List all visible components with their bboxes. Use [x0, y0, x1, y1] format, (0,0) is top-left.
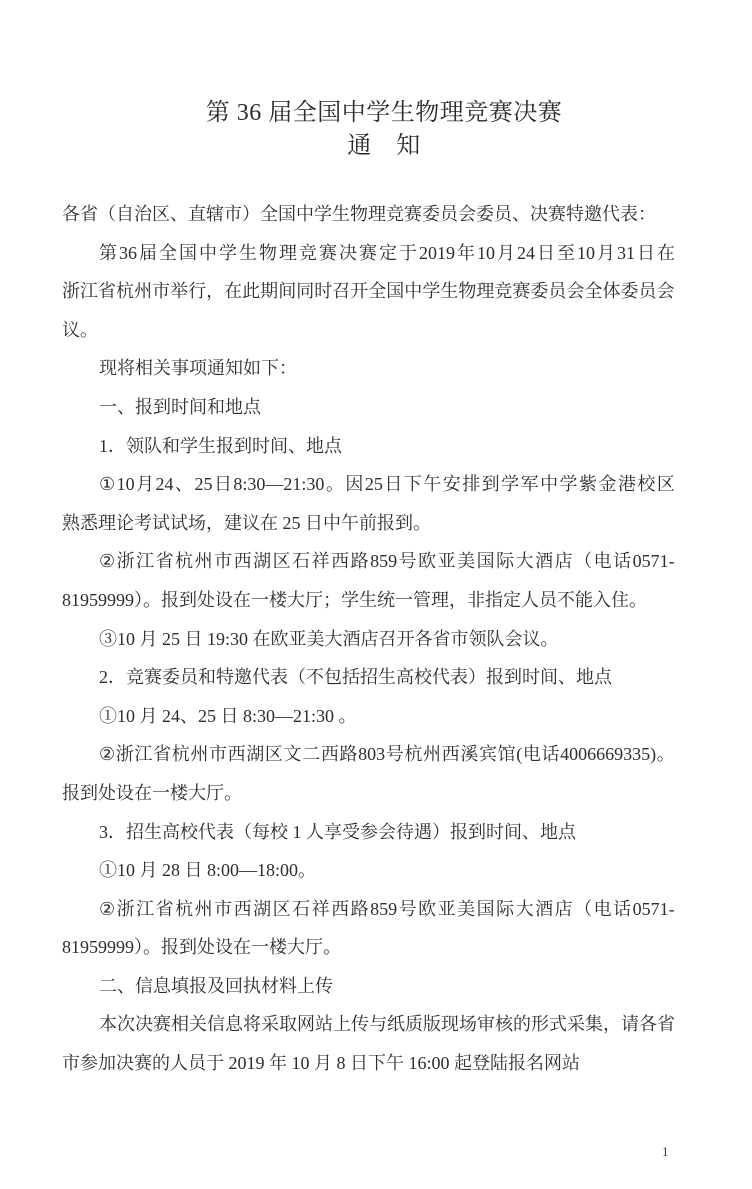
document-line: 二、信息填报及回执材料上传	[62, 967, 675, 1006]
document-line: 81959999）。报到处设在一楼大厅。	[62, 928, 675, 967]
document-header: 第 36 届全国中学生物理竞赛决赛 通 知	[0, 0, 752, 163]
document-line: 浙江省杭州市举行，在此期间同时召开全国中学生物理竞赛委员会全体委员会	[62, 272, 675, 311]
document-line: 议。	[62, 311, 675, 350]
document-body: 各省（自治区、直辖市）全国中学生物理竞赛委员会委员、决赛特邀代表：第36届全国中…	[62, 195, 675, 1083]
document-line: 各省（自治区、直辖市）全国中学生物理竞赛委员会委员、决赛特邀代表：	[62, 195, 675, 234]
document-line: 3．招生高校代表（每校 1 人享受参会待遇）报到时间、地点	[62, 813, 675, 852]
document-line: 81959999）。报到处设在一楼大厅；学生统一管理，非指定人员不能入住。	[62, 581, 675, 620]
document-line: ②浙江省杭州市西湖区石祥西路859号欧亚美国际大酒店（电话0571-	[62, 542, 675, 581]
document-page: 第 36 届全国中学生物理竞赛决赛 通 知 各省（自治区、直辖市）全国中学生物理…	[0, 0, 752, 1189]
document-line: ①10 月 28 日 8:00—18:00。	[62, 851, 675, 890]
page-number: 1	[662, 1144, 669, 1160]
document-line: ①10 月 24、25 日 8:30—21:30 。	[62, 697, 675, 736]
notice-heading: 通 知	[16, 130, 752, 163]
document-line: ②浙江省杭州市西湖区文二西路803号杭州西溪宾馆(电话4006669335)。	[62, 735, 675, 774]
document-line: 熟悉理论考试试场，建议在 25 日中午前报到。	[62, 504, 675, 543]
document-line: 2．竞赛委员和特邀代表（不包括招生高校代表）报到时间、地点	[62, 658, 675, 697]
document-line: ②浙江省杭州市西湖区石祥西路859号欧亚美国际大酒店（电话0571-	[62, 890, 675, 929]
document-line: 市参加决赛的人员于 2019 年 10 月 8 日下午 16:00 起登陆报名网…	[62, 1044, 675, 1083]
document-line: 现将相关事项通知如下：	[62, 349, 675, 388]
document-line: ①10月24、25日8:30—21:30。因25日下午安排到学军中学紫金港校区	[62, 465, 675, 504]
document-line: 一、报到时间和地点	[62, 388, 675, 427]
document-line: 本次决赛相关信息将采取网站上传与纸质版现场审核的形式采集，请各省	[62, 1005, 675, 1044]
document-line: 报到处设在一楼大厅。	[62, 774, 675, 813]
document-line: 1．领队和学生报到时间、地点	[62, 427, 675, 466]
document-line: 第36届全国中学生物理竞赛决赛定于2019年10月24日至10月31日在	[62, 234, 675, 273]
document-title: 第 36 届全国中学生物理竞赛决赛	[16, 97, 752, 130]
document-line: ③10 月 25 日 19:30 在欧亚美大酒店召开各省市领队会议。	[62, 620, 675, 659]
